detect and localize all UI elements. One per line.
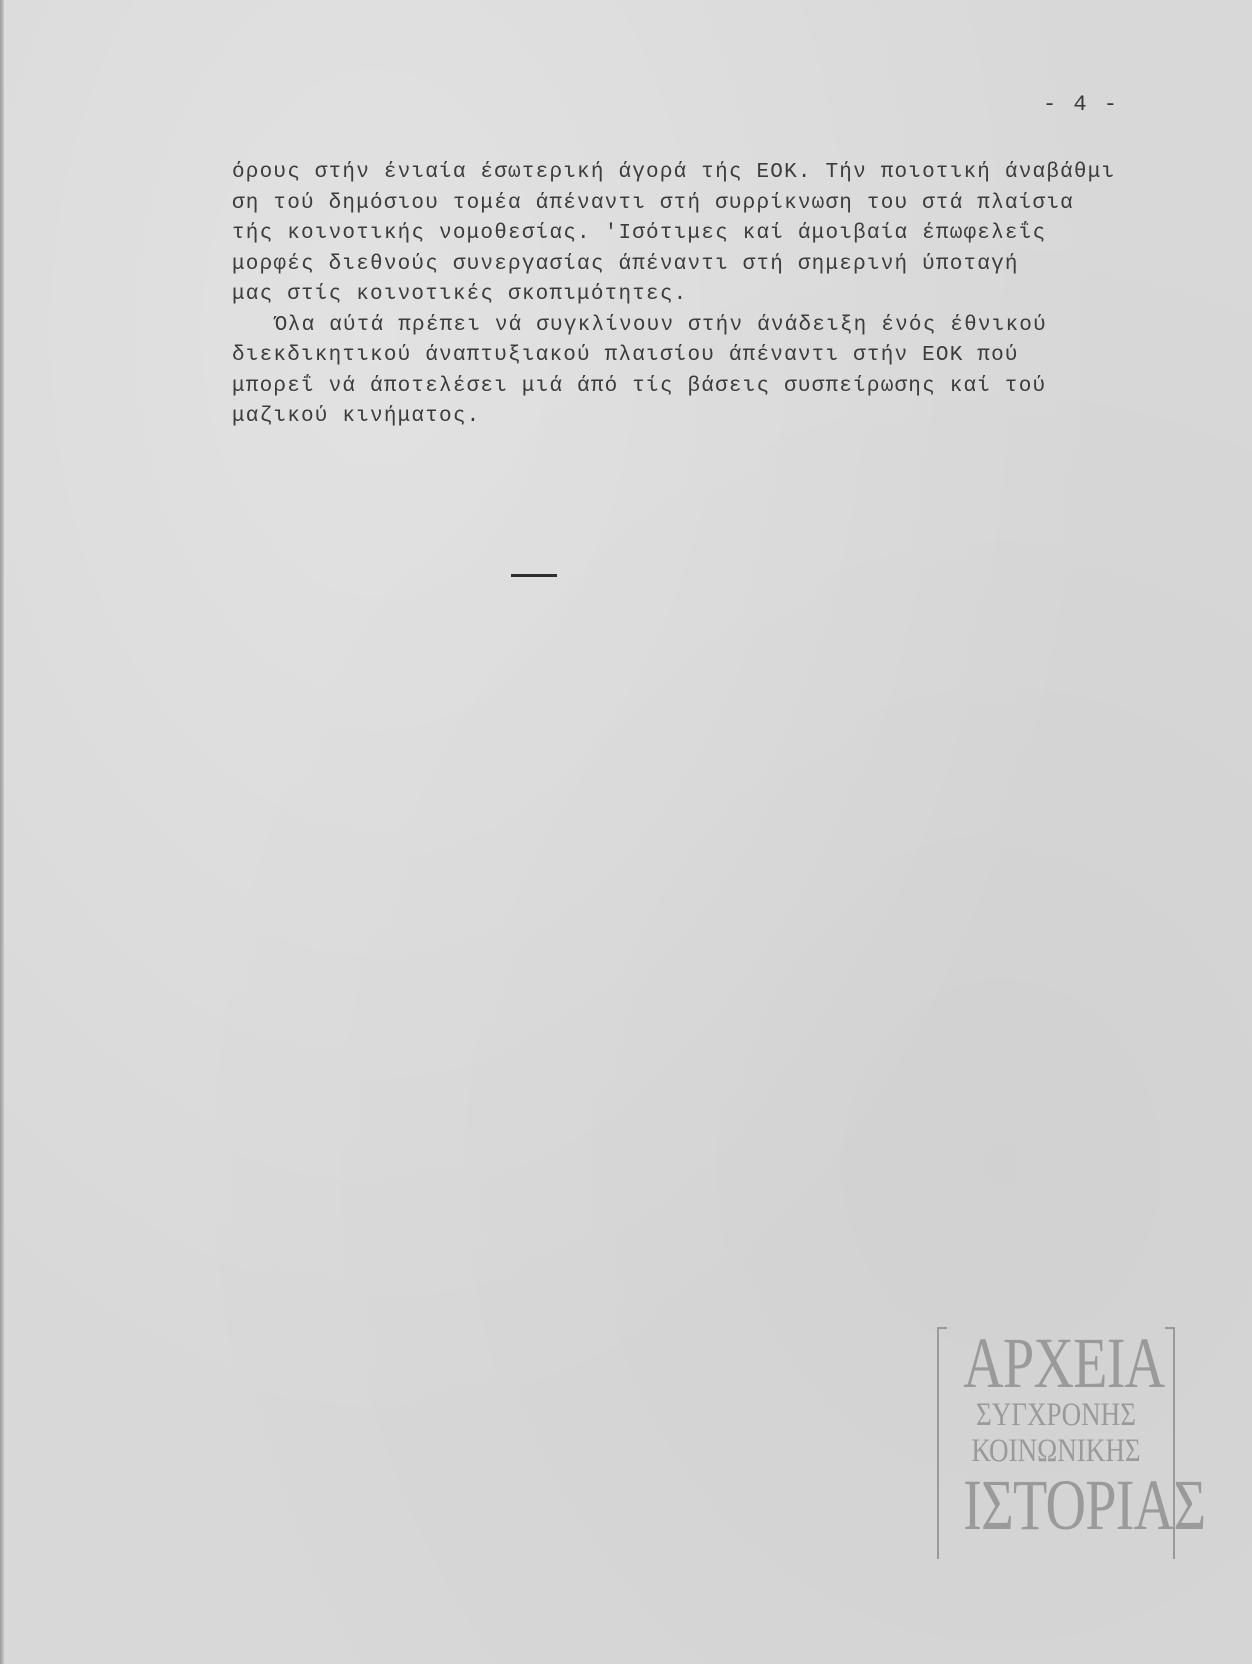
stamp-line-1: ΑΡΧΕΙΑ xyxy=(963,1329,1149,1397)
text-line: μαζικού κινήματος. xyxy=(232,402,1212,433)
text-line: μορφές διεθνούς συνεργασίας άπέναντι στή… xyxy=(232,250,1212,281)
text-line: ση τού δημόσιου τομέα άπέναντι στή συρρί… xyxy=(232,189,1212,220)
typed-body-text: όρους στήν ένιαία έσωτερική άγορά τής ΕΟ… xyxy=(232,158,1212,433)
text-line: μπορεΐ νά άποτελέσει μιά άπό τίς βάσεις … xyxy=(232,372,1212,403)
text-line: Όλα αύτά πρέπει νά συγκλίνουν στήν άνάδε… xyxy=(232,311,1212,342)
scanned-page: - 4 - όρους στήν ένιαία έσωτερική άγορά … xyxy=(0,0,1252,1664)
text-line: όρους στήν ένιαία έσωτερική άγορά τής ΕΟ… xyxy=(232,158,1212,189)
stamp-line-3: ΚΟΙΝΩΝΙΚΗΣ xyxy=(958,1433,1153,1469)
stamp-line-2: ΣΥΓΧΡΟΝΗΣ xyxy=(958,1397,1153,1433)
text-line: τής κοινοτικής νομοθεσίας. 'Ισότιμες καί… xyxy=(232,219,1212,250)
archive-stamp-logo: ΑΡΧΕΙΑ ΣΥΓΧΡΟΝΗΣ ΚΟΙΝΩΝΙΚΗΣ ΙΣΤΟΡΙΑΣ xyxy=(937,1327,1175,1557)
page-number: - 4 - xyxy=(1043,92,1119,117)
text-line: διεκδικητικού άναπτυξιακού πλαισίου άπέν… xyxy=(232,341,1212,372)
end-divider xyxy=(511,574,557,577)
stamp-bracket-left xyxy=(937,1327,947,1559)
text-line: μας στίς κοινοτικές σκοπιμότητες. xyxy=(232,280,1212,311)
stamp-line-4: ΙΣΤΟΡΙΑΣ xyxy=(963,1471,1149,1539)
scan-edge xyxy=(0,0,4,1664)
